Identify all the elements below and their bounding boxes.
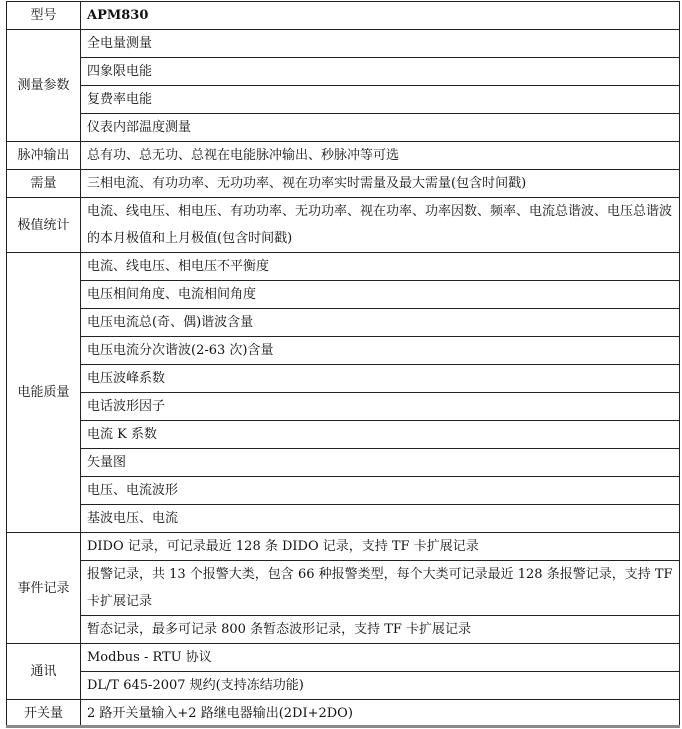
category-cell: 开关量 (7, 700, 81, 728)
table-bottom-edge (6, 725, 680, 728)
table-row: 四象限电能 (7, 58, 680, 86)
table-row: 报警记录，共 13 个报警大类，包含 66 种报警类型，每个大类可记录最近 12… (7, 561, 680, 616)
spec-table: 型号 APM830 测量参数 全电量测量 四象限电能 复费率电能 仪表内部温度测… (6, 1, 680, 728)
table-row: 电话波形因子 (7, 393, 680, 421)
value-cell: 暂态记录，最多可记录 800 条暂态波形记录，支持 TF 卡扩展记录 (81, 616, 680, 644)
value-cell: Modbus - RTU 协议 (81, 644, 680, 672)
table-row-measurement: 测量参数 全电量测量 (7, 30, 680, 58)
table-row: 暂态记录，最多可记录 800 条暂态波形记录，支持 TF 卡扩展记录 (7, 616, 680, 644)
table-row-event-log: 事件记录 DIDO 记录，可记录最近 128 条 DIDO 记录，支持 TF 卡… (7, 533, 680, 561)
table-row-switch-io: 开关量 2 路开关量输入+2 路继电器输出(2DI+2DO) (7, 700, 680, 728)
category-cell: 通讯 (7, 644, 81, 700)
category-cell: 测量参数 (7, 30, 81, 142)
table-row: 电压波峰系数 (7, 365, 680, 393)
value-cell: 电压电流总(奇、偶)谐波含量 (81, 309, 680, 337)
value-cell: 电压相间角度、电流相间角度 (81, 281, 680, 309)
table-row: DL/T 645-2007 规约(支持冻结功能) (7, 672, 680, 700)
value-cell: DL/T 645-2007 规约(支持冻结功能) (81, 672, 680, 700)
table-row-demand: 需量 三相电流、有功功率、无功功率、视在功率实时需量及最大需量(包含时间戳) (7, 170, 680, 198)
value-cell: 电压波峰系数 (81, 365, 680, 393)
value-cell: 复费率电能 (81, 86, 680, 114)
value-cell: 电压、电流波形 (81, 477, 680, 505)
table-row-pulse-output: 脉冲输出 总有功、总无功、总视在电能脉冲输出、秒脉冲等可选 (7, 142, 680, 170)
value-cell: 矢量图 (81, 449, 680, 477)
value-cell: 三相电流、有功功率、无功功率、视在功率实时需量及最大需量(包含时间戳) (81, 170, 680, 198)
value-cell: APM830 (81, 2, 680, 30)
category-cell: 事件记录 (7, 533, 81, 644)
category-cell: 极值统计 (7, 198, 81, 253)
table-row: 复费率电能 (7, 86, 680, 114)
value-cell: 基波电压、电流 (81, 505, 680, 533)
category-cell: 型号 (7, 2, 81, 30)
table-row-communication: 通讯 Modbus - RTU 协议 (7, 644, 680, 672)
table-row: 仪表内部温度测量 (7, 114, 680, 142)
value-cell: 报警记录，共 13 个报警大类，包含 66 种报警类型，每个大类可记录最近 12… (81, 561, 680, 616)
value-cell: 仪表内部温度测量 (81, 114, 680, 142)
value-cell: 电流、线电压、相电压不平衡度 (81, 253, 680, 281)
table-row: 电压电流总(奇、偶)谐波含量 (7, 309, 680, 337)
table-row: 基波电压、电流 (7, 505, 680, 533)
value-cell: 电流 K 系数 (81, 421, 680, 449)
value-cell: 四象限电能 (81, 58, 680, 86)
value-cell: 全电量测量 (81, 30, 680, 58)
table-row-model: 型号 APM830 (7, 2, 680, 30)
table-row: 电流 K 系数 (7, 421, 680, 449)
table-row: 矢量图 (7, 449, 680, 477)
category-cell: 脉冲输出 (7, 142, 81, 170)
table-row-extreme-stats: 极值统计 电流、线电压、相电压、有功功率、无功功率、视在功率、功率因数、频率、电… (7, 198, 680, 253)
value-cell: 电流、线电压、相电压、有功功率、无功功率、视在功率、功率因数、频率、电流总谐波、… (81, 198, 680, 253)
table-row: 电压相间角度、电流相间角度 (7, 281, 680, 309)
table-row: 电压、电流波形 (7, 477, 680, 505)
category-cell: 需量 (7, 170, 81, 198)
value-cell: 2 路开关量输入+2 路继电器输出(2DI+2DO) (81, 700, 680, 728)
table-row: 电压电流分次谐波(2-63 次)含量 (7, 337, 680, 365)
value-cell: 电压电流分次谐波(2-63 次)含量 (81, 337, 680, 365)
value-cell: DIDO 记录，可记录最近 128 条 DIDO 记录，支持 TF 卡扩展记录 (81, 533, 680, 561)
table-row-power-quality: 电能质量 电流、线电压、相电压不平衡度 (7, 253, 680, 281)
value-cell: 电话波形因子 (81, 393, 680, 421)
category-cell: 电能质量 (7, 253, 81, 533)
value-cell: 总有功、总无功、总视在电能脉冲输出、秒脉冲等可选 (81, 142, 680, 170)
